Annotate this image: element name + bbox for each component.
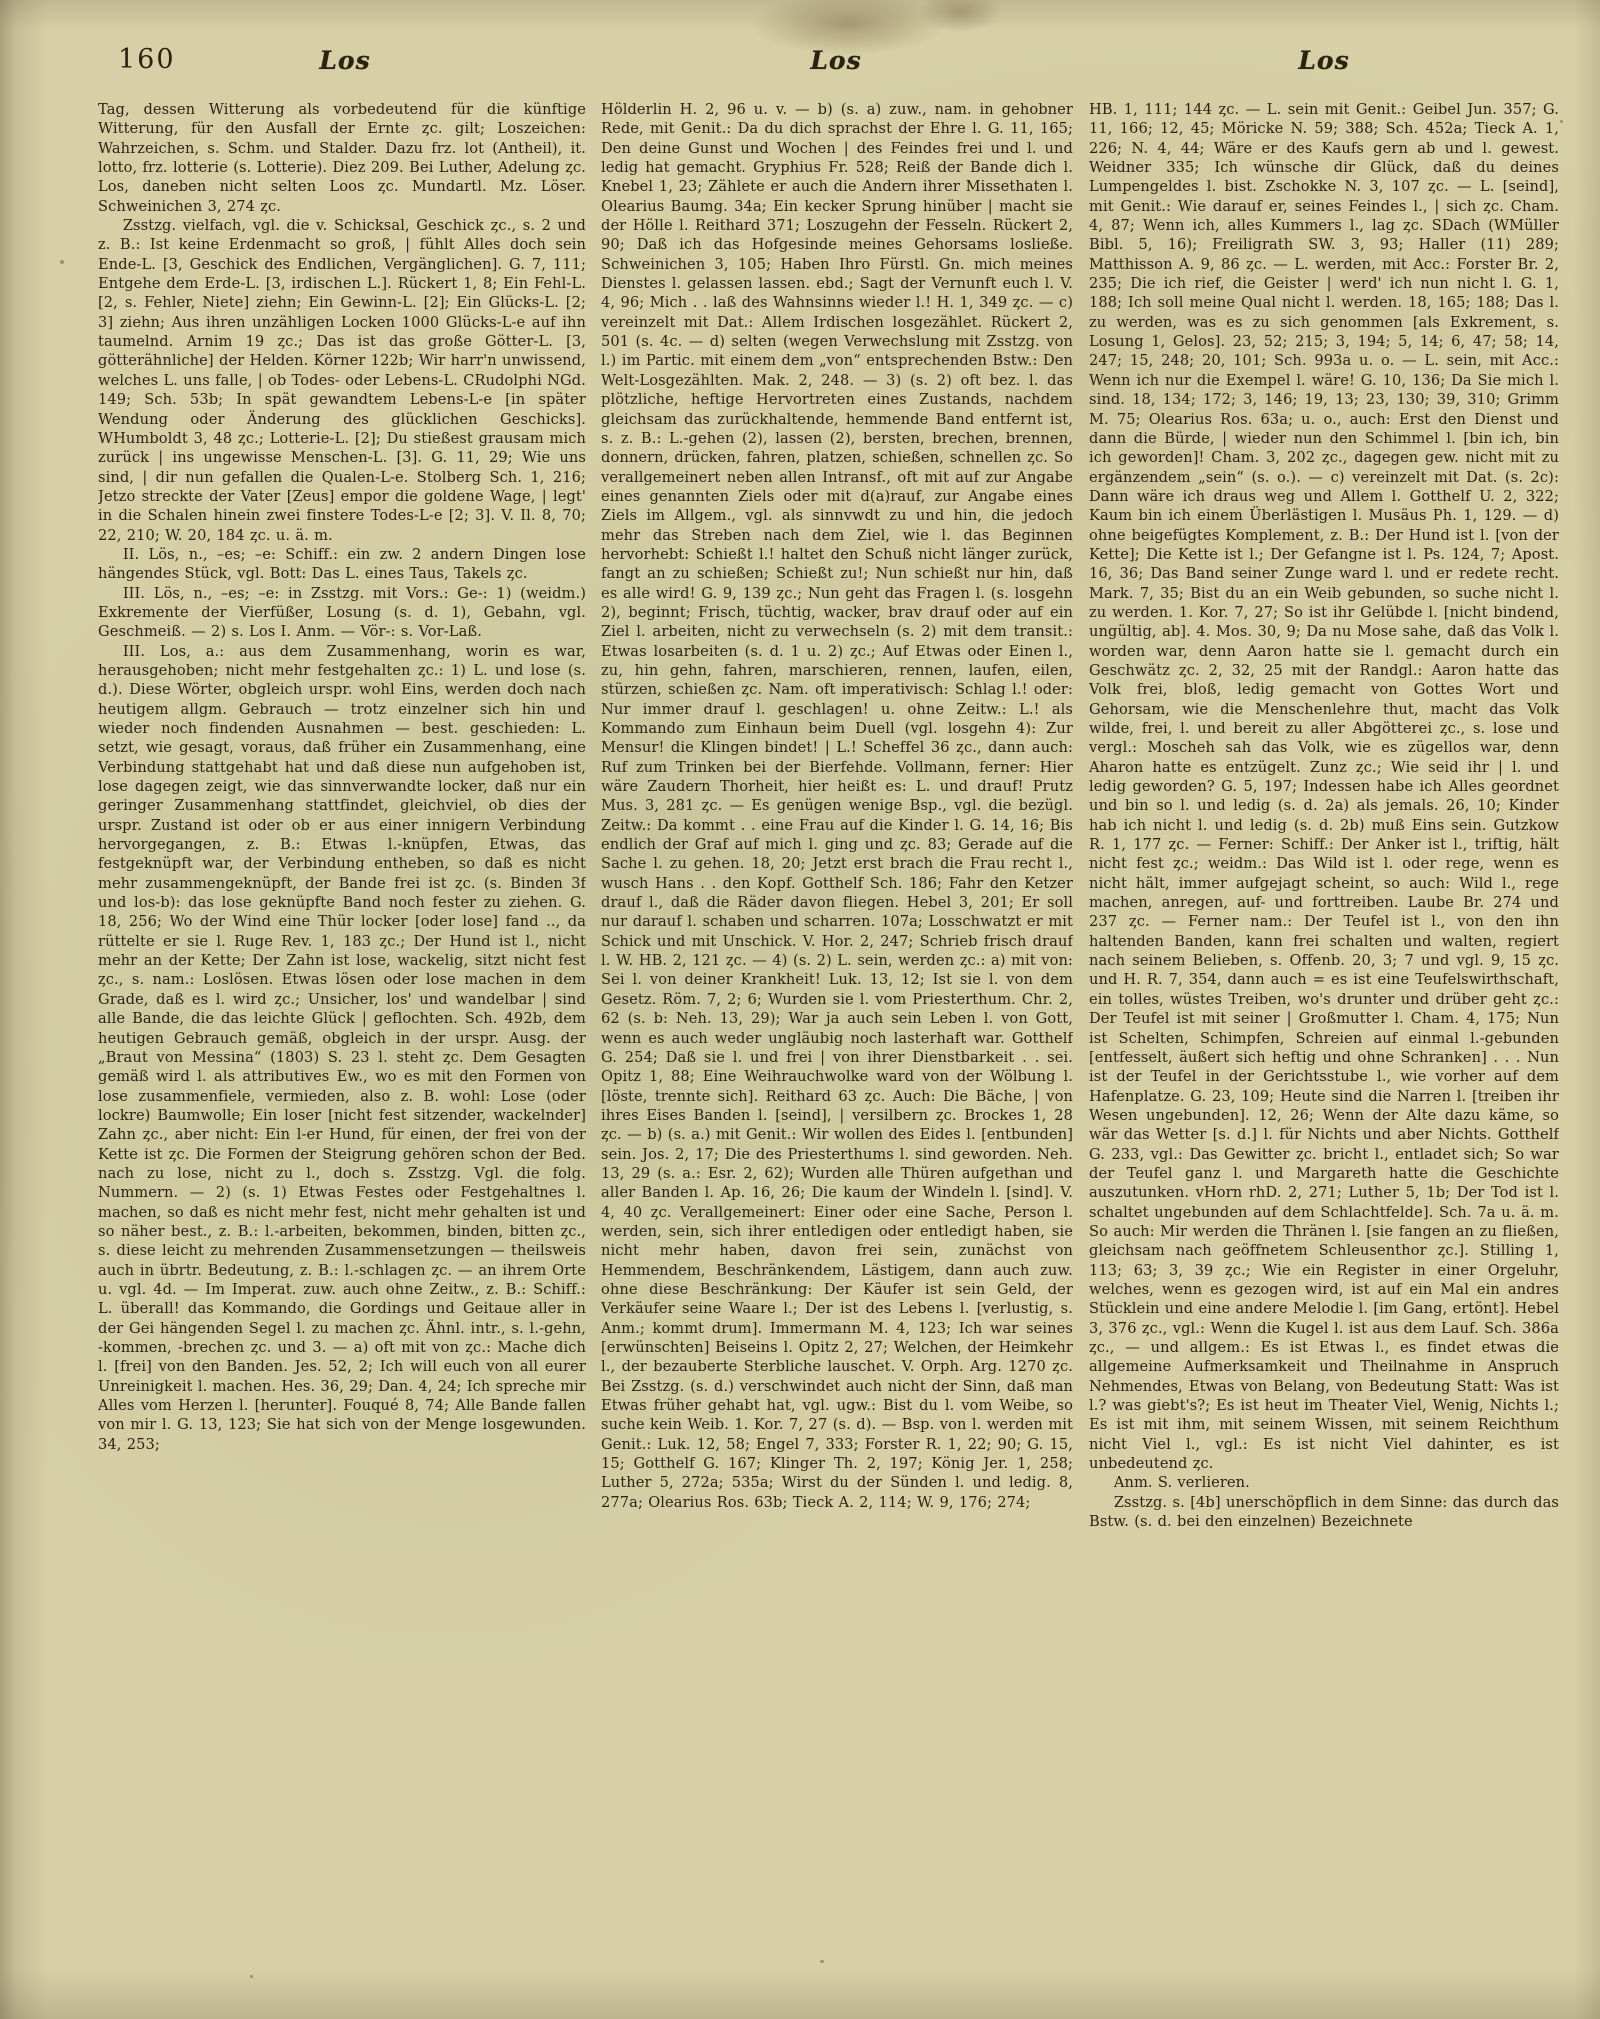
column3-paragraph-zsstzg-note: Zsstzg. s. [4b] unerschöpflich in dem Si…	[1089, 1493, 1559, 1532]
paper-speck	[820, 1960, 824, 1963]
text-column-1: Tag, dessen Witterung als vorbedeutend f…	[98, 100, 586, 1454]
scanned-dictionary-page: 160 Los Los Los Tag, dessen Witterung al…	[0, 0, 1600, 2019]
paper-speck	[60, 260, 64, 264]
column1-paragraph-continuation: Tag, dessen Witterung als vorbedeutend f…	[98, 100, 586, 216]
column3-paragraph-anmerkung: Anm. S. verlieren.	[1089, 1473, 1559, 1492]
page-number: 160	[118, 44, 176, 75]
paper-speck	[250, 1975, 253, 1978]
column1-paragraph-entry-los-iii-n: III. Lös, n., –es; –e: in Zsstzg. mit Vo…	[98, 584, 586, 642]
column1-paragraph-zsstzg: Zsstzg. vielfach, vgl. die v. Schicksal,…	[98, 216, 586, 545]
column2-paragraph-continuation: Hölderlin H. 2, 96 u. v. — b) (s. a) zuw…	[601, 100, 1073, 1512]
column1-paragraph-entry-los-adj: III. Los, a.: aus dem Zusammenhang, wori…	[98, 642, 586, 1454]
running-head-column-2: Los	[810, 46, 861, 75]
text-column-2: Hölderlin H. 2, 96 u. v. — b) (s. a) zuw…	[601, 100, 1073, 1512]
paper-speck	[1560, 120, 1563, 123]
text-column-3: HB. 1, 111; 144 ȥc. — L. sein mit Genit.…	[1089, 100, 1559, 1531]
column3-paragraph-continuation: HB. 1, 111; 144 ȥc. — L. sein mit Genit.…	[1089, 100, 1559, 1473]
column1-paragraph-entry-los-ii: II. Lös, n., –es; –e: Schiff.: ein zw. 2…	[98, 545, 586, 584]
running-head-column-1: Los	[319, 46, 370, 75]
running-head-column-3: Los	[1298, 46, 1349, 75]
